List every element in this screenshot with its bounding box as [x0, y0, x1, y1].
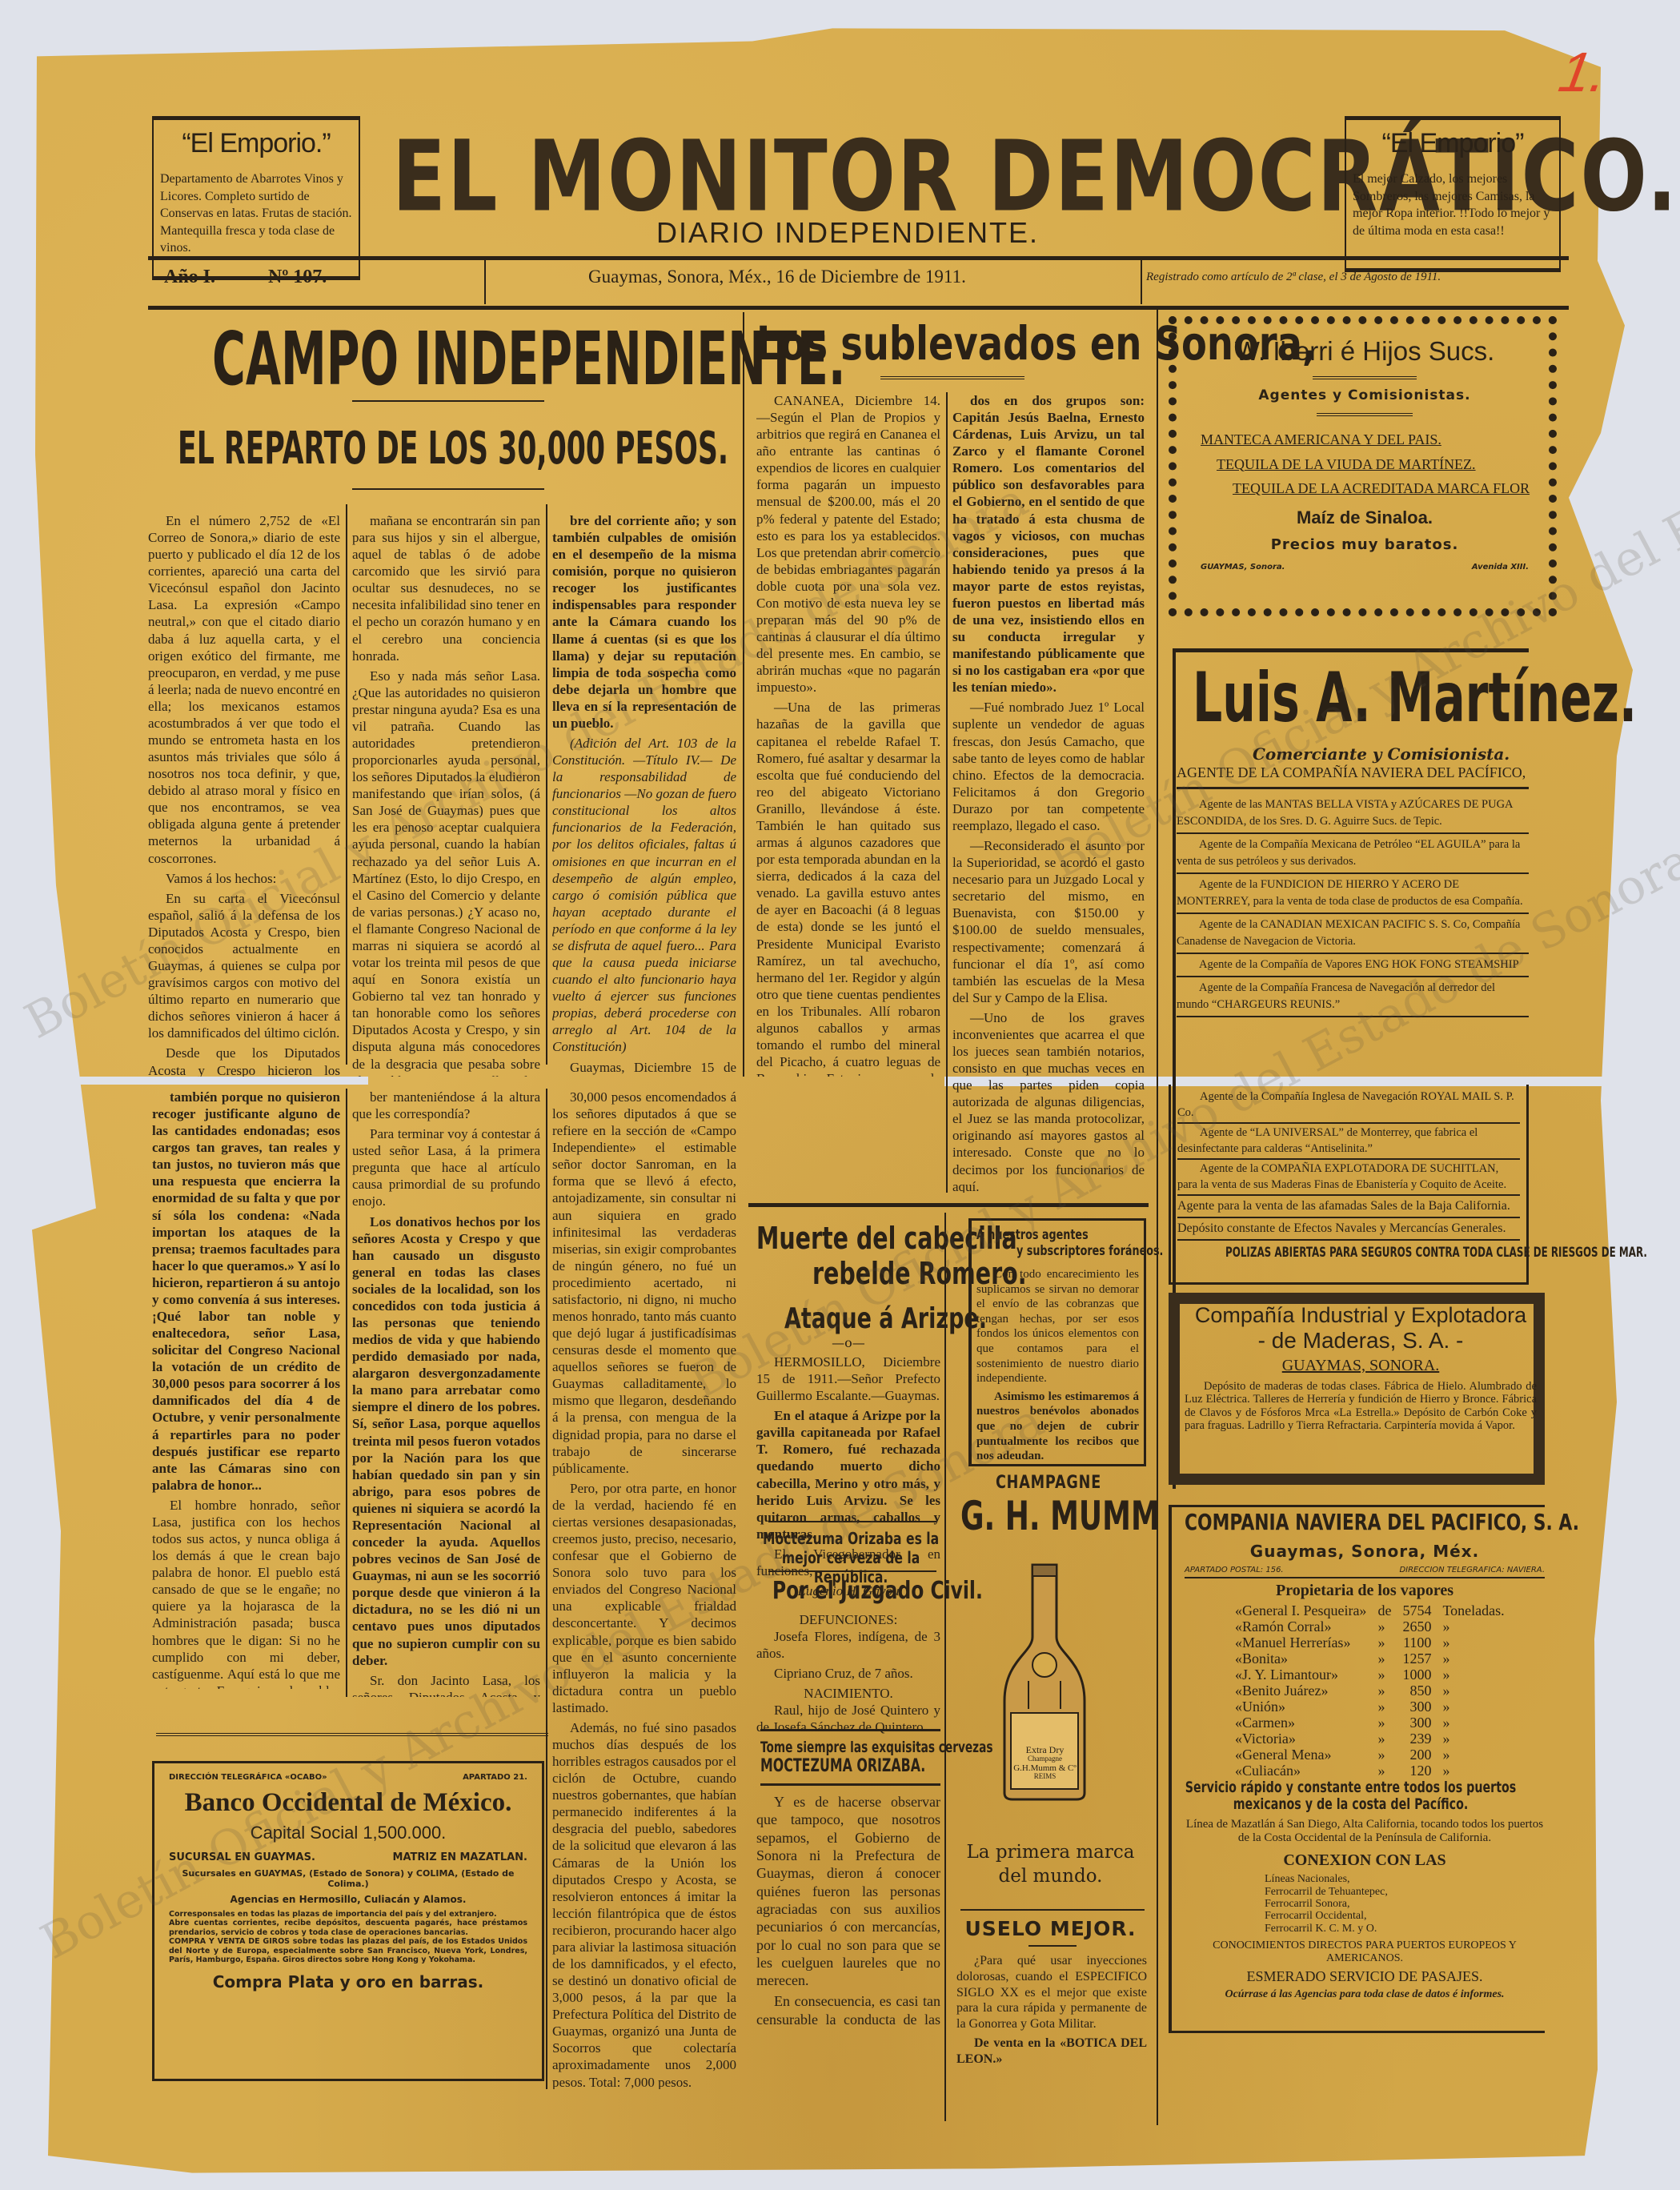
ship-name: «Manuel Herrerías»	[1230, 1635, 1371, 1650]
rail-line: Ferrocarril Occidental,	[1265, 1910, 1545, 1922]
juzgado-article: Por el Juzgado Civil. DEFUNCIONES: Josef…	[756, 1577, 940, 1739]
banco-sucursales: Sucursales en GUAYMAS, (Estado de Sonora…	[169, 1868, 527, 1889]
ship-name: «J. Y. Limantour»	[1230, 1667, 1371, 1682]
naviera-ocurrase: Ocúrrase á las Agencias para toda clase …	[1185, 1988, 1545, 2001]
paragraph: ber manteniéndose á la altura que les co…	[352, 1089, 540, 1122]
rail-line: Ferrocarril K. C. M. y O.	[1265, 1923, 1545, 1935]
agentes-notice: A nuestros agentes y subscriptores forán…	[968, 1218, 1146, 1466]
ship-row: «Unión»»300»	[1230, 1699, 1510, 1714]
column-divider	[743, 312, 744, 1077]
maderas-city: GUAYMAS, SONORA.	[1185, 1357, 1537, 1375]
ship-row: «Manuel Herrerías»»1100»	[1230, 1635, 1510, 1650]
ship-prefix: »	[1373, 1699, 1396, 1714]
section-heading: DEFUNCIONES:	[756, 1611, 940, 1628]
masthead-rule-bottom	[148, 306, 1569, 310]
label-text: Champagne	[1007, 1755, 1083, 1763]
emporio-right-ad: “El Emporio” El mejor Calzado, los mejor…	[1345, 116, 1561, 272]
paragraph: Corresponsales en todas las plazas de im…	[169, 1910, 527, 1919]
paragraph: —Uno de los graves inconvenientes que ac…	[952, 1009, 1145, 1193]
rule	[352, 400, 544, 402]
rule	[352, 488, 544, 490]
iberri-precios: Precios muy baratos.	[1185, 536, 1545, 553]
agency-entry: Agente de “LA UNIVERSAL” de Monterrey, q…	[1177, 1124, 1520, 1160]
iberri-item: TEQUILA DE LA ACREDITADA MARCA FLOR	[1185, 476, 1545, 501]
divider	[484, 260, 486, 304]
ship-unit: »	[1437, 1731, 1509, 1746]
paragraph: 30,000 pesos encomendados á los señores …	[552, 1089, 736, 1477]
banco-footer: Compra Plata y oro en barras.	[169, 1972, 527, 1991]
ship-row: «Bonita»»1257»	[1230, 1651, 1510, 1666]
ship-name: «Carmen»	[1230, 1715, 1371, 1730]
ship-prefix: »	[1373, 1715, 1396, 1730]
mumm-kicker: CHAMPAGNE	[972, 1473, 1125, 1493]
issue-number: Nº 107.	[268, 267, 327, 288]
naviera-telegrafo: DIRECCION TELEGRAFICA: NAVIERA.	[1399, 1566, 1545, 1574]
emporio-body: El mejor Calzado, los mejores Sombreros,…	[1353, 170, 1553, 239]
agency-entry: Agente de la Compañía Inglesa de Navegac…	[1177, 1088, 1520, 1124]
rule	[748, 1203, 1149, 1207]
maderas-body: Depósito de maderas de todas clases. Fáb…	[1185, 1380, 1537, 1432]
column-divider	[1157, 308, 1158, 2125]
ship-prefix: »	[1373, 1619, 1396, 1634]
campo-col3-bottom: 30,000 pesos encomendados á los señores …	[552, 1089, 736, 2089]
paragraph: Vamos á los hechos:	[148, 870, 340, 887]
uselo-headline: USELO MEJOR.	[956, 1917, 1145, 1940]
agentes-title: A nuestros agentes	[976, 1227, 1098, 1243]
campo-col2-top: mañana se encontrarán sin pan para sus h…	[352, 512, 540, 1077]
campo-col1-top: En el número 2,752 de «El Correo de Sono…	[148, 512, 340, 1077]
martinez-tagline: Comerciante y Comisionista.	[1253, 744, 1510, 764]
ship-tons: 1257	[1397, 1651, 1436, 1666]
registration: Registrado como artículo de 2ª clase, el…	[1146, 271, 1441, 284]
iberri-address: Avenida XIII.	[1472, 563, 1529, 572]
iberri-tagline: Agentes y Comisionistas.	[1185, 387, 1545, 403]
ship-unit: »	[1437, 1715, 1509, 1730]
date: Guaymas, Diciembre 15 de 1911.	[552, 1059, 736, 1077]
ship-prefix: de	[1373, 1603, 1396, 1618]
paragraph: mañana se encontrarán sin pan para sus h…	[352, 512, 540, 664]
paragraph: HERMOSILLO, Diciembre 15 de 1911.—Señor …	[756, 1354, 940, 1404]
rail-line: Ferrocarril Sonora,	[1265, 1898, 1545, 1910]
campo-col1-bottom: también porque no quisieron recoger just…	[152, 1089, 340, 1689]
paragraph: CANANEA, Diciembre 14. —Según el Plan de…	[756, 392, 940, 696]
ship-name: «Culiacán»	[1230, 1763, 1371, 1778]
column-divider	[346, 1089, 347, 1697]
naviera-conocimientos: CONOCIMIENTOS DIRECTOS PARA PUERTOS EURO…	[1185, 1939, 1545, 1965]
ship-row: «Culiacán»»120»	[1230, 1763, 1510, 1778]
rule	[768, 1570, 936, 1572]
campo-kicker: CAMPO INDEPENDIENTE.	[212, 316, 846, 402]
cerveza-line: Tome siempre las exquisitas cervezas	[760, 1739, 944, 1756]
martinez-name: Luis A. Martínez.	[1193, 658, 1637, 738]
sublevados-col1-cont	[756, 1089, 940, 1193]
masthead-subtitle: DIARIO INDEPENDIENTE.	[656, 216, 1039, 250]
rule	[1313, 376, 1417, 379]
ship-tons: 300	[1397, 1699, 1436, 1714]
paragraph: bre del corriente año; y son también cul…	[552, 512, 736, 732]
ship-tons: 1100	[1397, 1635, 1436, 1650]
paragraph: Además, no fué sino pasados muchos días …	[552, 1719, 736, 2089]
maderas-name: - de Maderas, S. A. -	[1185, 1328, 1537, 1354]
paragraph: —Reconsiderado el asunto por la Superior…	[952, 837, 1145, 1006]
ship-unit: »	[1437, 1667, 1509, 1682]
paragraph: Pero, por otra parte, en honor de la ver…	[552, 1480, 736, 1716]
ship-tons: 239	[1397, 1731, 1436, 1746]
observar-article: Y es de hacerse observar que tampoco, qu…	[756, 1793, 940, 2025]
campo-col3-top: bre del corriente año; y son también cul…	[552, 512, 736, 1077]
banco-body: Corresponsales en todas las plazas de im…	[169, 1910, 527, 1964]
ship-prefix: »	[1373, 1731, 1396, 1746]
cerveza-brand: MOCTEZUMA ORIZABA.	[760, 1756, 944, 1776]
banco-ad: DIRECCIÓN TELEGRÁFICA «OCABO» APARTADO 2…	[152, 1761, 544, 2081]
rule	[960, 1909, 1145, 1911]
ship-tons: 2650	[1397, 1619, 1436, 1634]
bottle-label: Extra Dry Champagne G.H.Mumm & Cº REIMS	[1007, 1745, 1083, 1781]
ship-name: «Benito Juárez»	[1230, 1683, 1371, 1698]
martinez-entries-cont: Agente de la Compañía Inglesa de Navegac…	[1169, 1085, 1529, 1285]
paragraph: Eso y nada más señor Lasa. ¿Que las auto…	[352, 668, 540, 1077]
agency-entry: Agente de la Compañía Francesa de Navega…	[1177, 977, 1529, 1017]
muerte-headline-1: Muerte del cabecilla	[756, 1221, 895, 1256]
naviera-servicio: Servicio rápido y constante entre todos …	[1177, 1779, 1525, 1813]
ship-unit: »	[1437, 1635, 1509, 1650]
naviera-content: COMPANIA NAVIERA DEL PACIFICO, S. A. Gua…	[1185, 1509, 1545, 2001]
sublevados-col2: dos en dos grupos son: Capitán Jesús Bae…	[952, 392, 1145, 1193]
ship-unit: »	[1437, 1651, 1509, 1666]
banco-capital: Capital Social 1,500.000.	[169, 1823, 527, 1843]
paragraph: En el número 2,752 de «El Correo de Sono…	[148, 512, 340, 867]
rule	[768, 1521, 936, 1522]
mumm-brand: G. H. MUMM	[960, 1493, 1093, 1539]
cerveza-ad-2: Tome siempre las exquisitas cervezas MOC…	[760, 1739, 1016, 1776]
paragraph: Desde que los Diputados Acosta y Crespo …	[148, 1045, 340, 1077]
naviera-apartado: APARTADO POSTAL: 156.	[1185, 1566, 1284, 1574]
paragraph: Abre cuentas corrientes, recibe depósito…	[169, 1919, 527, 1937]
ship-tons: 850	[1397, 1683, 1436, 1698]
ship-row: «Victoria»»239»	[1230, 1731, 1510, 1746]
ship-tons: 300	[1397, 1715, 1436, 1730]
naviera-linea: Línea de Mazatlán á San Diego, Alta Cali…	[1185, 1818, 1545, 1846]
ship-name: «General Mena»	[1230, 1747, 1371, 1762]
paragraph: En consecuencia, es casi tan censurable …	[756, 1992, 940, 2025]
agency-entry: Agente de las MANTAS BELLA VISTA y AZÚCA…	[1177, 794, 1529, 834]
paragraph: Asimismo les estimaremos á nuestros bené…	[976, 1390, 1139, 1464]
column-divider	[944, 1213, 946, 2121]
separator: —o—	[756, 1335, 940, 1350]
iberri-name: W. Iberri é Hijos Sucs.	[1185, 336, 1545, 367]
maderas-name: Compañía Industrial y Explotadora	[1185, 1303, 1537, 1328]
ship-tons: 120	[1397, 1763, 1436, 1778]
agency-entry: Agente para la venta de las afamadas Sal…	[1177, 1196, 1520, 1218]
paragraph: Los donativos hechos por los señores Aco…	[352, 1213, 540, 1669]
rule	[156, 1733, 548, 1736]
ship-row: «Ramón Corral»»2650»	[1230, 1619, 1510, 1634]
ship-prefix: »	[1373, 1763, 1396, 1778]
ship-unit: »	[1437, 1747, 1509, 1762]
naviera-city: Guaymas, Sonora, Méx.	[1185, 1542, 1545, 1561]
iberri-item: TEQUILA DE LA VIUDA DE MARTÍNEZ.	[1185, 452, 1545, 477]
ship-row: «J. Y. Limantour»»1000»	[1230, 1667, 1510, 1682]
agency-entry: Agente de la CANADIAN MEXICAN PACIFIC S.…	[1177, 914, 1529, 954]
ships-table: «General I. Pesqueira»de5754Toneladas.«R…	[1229, 1602, 1511, 1779]
entry: Cipriano Cruz, de 7 años.	[756, 1665, 940, 1682]
paragraph: dos en dos grupos son: Capitán Jesús Bae…	[952, 392, 1145, 696]
ship-tons: 5754	[1397, 1603, 1436, 1618]
rule	[760, 1783, 940, 1786]
rule	[1028, 1945, 1077, 1947]
paragraph: En su carta el Vicecónsul español, salió…	[148, 890, 340, 1042]
agency-entry: Agente de la Compañía Mexicana de Petról…	[1177, 834, 1529, 874]
paragraph: también porque no quisieron recoger just…	[152, 1089, 340, 1494]
ship-row: «Carmen»»300»	[1230, 1715, 1510, 1730]
ship-unit: »	[1437, 1699, 1509, 1714]
emporio-title: “El Emporio”	[1353, 128, 1553, 159]
agency-entry: Agente de la Compañía de Vapores ENG HOK…	[1177, 954, 1529, 977]
ship-name: «Victoria»	[1230, 1731, 1371, 1746]
agency-entry: Agente de la FUNDICION DE HIERRO Y ACERO…	[1177, 874, 1529, 914]
column-divider	[546, 504, 547, 1065]
ship-unit: Toneladas.	[1437, 1603, 1509, 1618]
naviera-pasajes: ESMERADO SERVICIO DE PASAJES.	[1185, 1968, 1545, 1985]
sublevados-col1: CANANEA, Diciembre 14. —Según el Plan de…	[756, 392, 940, 1077]
banco-matriz: MATRIZ EN MAZATLAN.	[393, 1851, 527, 1863]
banco-telegrafo: DIRECCIÓN TELEGRÁFICA «OCABO»	[169, 1773, 327, 1782]
dateline: Guaymas, Sonora, Méx., 16 de Diciembre d…	[588, 267, 966, 287]
banco-name: Banco Occidental de México.	[169, 1788, 527, 1818]
paragraph: —Una de las primeras hazañas de la gavil…	[756, 699, 940, 1077]
paragraph: —Fué nombrado Juez 1º Local suplente un …	[952, 699, 1145, 834]
paragraph: (Adición del Art. 103 de la Constitución…	[552, 735, 736, 1055]
paragraph: Con todo encarecimiento les suplicamos s…	[976, 1267, 1139, 1386]
campo-col2-bottom: ber manteniéndose á la altura que les co…	[352, 1089, 540, 1697]
paragraph: ¿Para qué usar inyecciones dolorosas, cu…	[956, 1953, 1147, 2032]
column-divider	[546, 1089, 547, 2089]
muerte-subhead: Ataque á Arizpe.	[784, 1302, 901, 1335]
rail-line: Ferrocarril de Tehuantepec,	[1265, 1886, 1545, 1898]
label-text: REIMS	[1007, 1773, 1083, 1781]
paragraph: COMPRA Y VENTA DE GIROS sobre todas las …	[169, 1937, 527, 1964]
banco-sucursal: SUCURSAL EN GUAYMAS.	[169, 1851, 315, 1863]
ship-name: «General I. Pesqueira»	[1230, 1603, 1371, 1618]
campo-headline: EL REPARTO DE LOS 30,000 PESOS.	[178, 423, 728, 475]
emporio-body: Departamento de Abarrotes Vinos y Licore…	[160, 170, 352, 257]
rule	[760, 1729, 940, 1731]
rule	[1317, 413, 1413, 416]
agency-entry: Depósito constante de Efectos Navales y …	[1177, 1218, 1520, 1241]
rail-line: Líneas Nacionales,	[1265, 1873, 1545, 1885]
rule	[880, 376, 1024, 379]
banco-agencias: Agencias en Hermosillo, Culiacán y Alamo…	[169, 1894, 527, 1905]
iberri-item: MANTECA AMERICANA Y DEL PAIS.	[1185, 427, 1545, 452]
ship-row: «Benito Juárez»»850»	[1230, 1683, 1510, 1698]
ship-name: «Bonita»	[1230, 1651, 1371, 1666]
iberri-city: GUAYMAS, Sonora.	[1201, 563, 1285, 572]
ship-unit: »	[1437, 1619, 1509, 1634]
column-divider	[346, 504, 347, 1065]
polizas-notice: POLIZAS ABIERTAS PARA SEGUROS CONTRA TOD…	[1225, 1241, 1432, 1262]
maderas-content: Compañía Industrial y Explotadora - de M…	[1185, 1303, 1537, 1432]
ship-prefix: »	[1373, 1635, 1396, 1650]
paragraph: Sr. don Jacinto Lasa, los señores Diputa…	[352, 1672, 540, 1697]
masthead-rule	[148, 256, 1569, 260]
divider	[1141, 260, 1142, 304]
rule	[1173, 648, 1529, 652]
ship-unit: »	[1437, 1683, 1509, 1698]
muerte-headline-2: rebelde Romero.	[812, 1256, 908, 1291]
uselo-body: ¿Para qué usar inyecciones dolorosas, cu…	[956, 1953, 1147, 2113]
rule	[1177, 787, 1529, 789]
ship-prefix: »	[1373, 1651, 1396, 1666]
ship-row: «General Mena»»200»	[1230, 1747, 1510, 1762]
rail-lines: Líneas Nacionales, Ferrocarril de Tehuan…	[1265, 1873, 1545, 1935]
ship-tons: 200	[1397, 1747, 1436, 1762]
paragraph: Para terminar voy á contestar á usted se…	[352, 1125, 540, 1209]
paragraph: El hombre honrado, señor Lasa, justifica…	[152, 1497, 340, 1689]
paragraph: Y es de hacerse observar que tampoco, qu…	[756, 1793, 940, 1989]
juzgado-headline: Por el Juzgado Civil.	[772, 1577, 904, 1605]
banco-apartado: APARTADO 21.	[463, 1773, 527, 1782]
ship-tons: 1000	[1397, 1667, 1436, 1682]
ship-prefix: »	[1373, 1667, 1396, 1682]
column-divider	[946, 392, 948, 1193]
emporio-title: “El Emporio.”	[160, 128, 352, 159]
ship-unit: »	[1437, 1763, 1509, 1778]
iberri-content: W. Iberri é Hijos Sucs. Agentes y Comisi…	[1185, 336, 1545, 572]
tear	[32, 1077, 368, 1085]
martinez-entries: Agente de las MANTAS BELLA VISTA y AZÚCA…	[1177, 794, 1529, 1017]
agentes-title: y subscriptores foráneos.	[1016, 1243, 1109, 1259]
section-heading: NACIMIENTO.	[756, 1685, 940, 1702]
mumm-tagline: La primera marca del mundo.	[956, 1841, 1145, 1889]
ship-name: «Ramón Corral»	[1230, 1619, 1371, 1634]
martinez-agent-of: AGENTE DE LA COMPAÑÍA NAVIERA DEL PACÍFI…	[1177, 764, 1529, 781]
naviera-conexion: CONEXION CON LAS	[1185, 1851, 1545, 1870]
ship-row: «General I. Pesqueira»de5754Toneladas.	[1230, 1603, 1510, 1618]
ship-prefix: »	[1373, 1683, 1396, 1698]
iberri-maiz: Maíz de Sinaloa.	[1185, 507, 1545, 528]
agency-entry: Agente de la COMPAÑIA EXPLOTADORA DE SUC…	[1177, 1160, 1520, 1196]
paragraph: De venta en la «BOTICA DEL LEON.»	[956, 2036, 1147, 2068]
year: Año I.	[164, 267, 215, 288]
ship-name: «Unión»	[1230, 1699, 1371, 1714]
naviera-name: COMPANIA NAVIERA DEL PACIFICO, S. A.	[1185, 1509, 1465, 1535]
vapores-title: Propietaria de los vapores	[1185, 1582, 1545, 1600]
entry: Josefa Flores, indígena, de 3 años.	[756, 1628, 940, 1662]
ship-prefix: »	[1373, 1747, 1396, 1762]
mumm-ad: CHAMPAGNE G. H. MUMM	[952, 1473, 1145, 1539]
